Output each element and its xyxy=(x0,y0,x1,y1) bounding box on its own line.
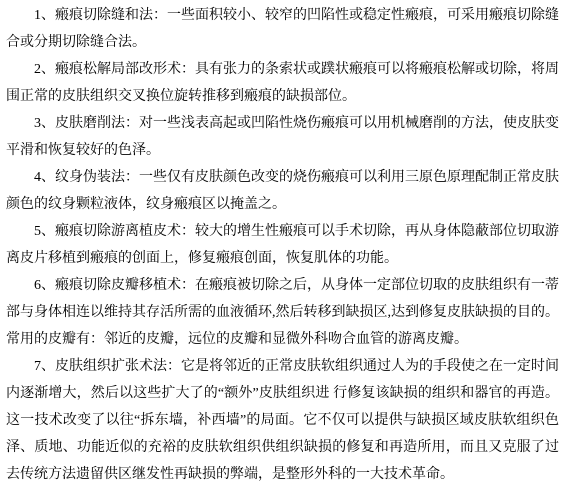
paragraph-6: 6、瘢痕切除皮瓣移植术：在瘢痕被切除之后，从身体一定部位切取的皮肤组织有一蒂部与… xyxy=(6,272,559,353)
document-body: 1、瘢痕切除缝和法：一些面积较小、较窄的凹陷性或稳定性瘢痕，可采用瘢痕切除缝合或… xyxy=(0,0,566,490)
paragraph-5: 5、瘢痕切除游离植皮术：较大的增生性瘢痕可以手术切除，再从身体隐蔽部位切取游离皮… xyxy=(6,218,559,272)
paragraph-1: 1、瘢痕切除缝和法：一些面积较小、较窄的凹陷性或稳定性瘢痕，可采用瘢痕切除缝合或… xyxy=(6,2,559,56)
paragraph-4: 4、纹身伪装法：一些仅有皮肤颜色改变的烧伤瘢痕可以利用三原色原理配制正常皮肤颜色… xyxy=(6,164,559,218)
paragraph-2: 2、瘢痕松解局部改形术：具有张力的条索状或蹼状瘢痕可以将瘢痕松解或切除，将周围正… xyxy=(6,56,559,110)
paragraph-3: 3、皮肤磨削法：对一些浅表高起或凹陷性烧伤瘢痕可以用机械磨削的方法，使皮肤变平滑… xyxy=(6,110,559,164)
paragraph-7: 7、皮肤组织扩张术法：它是将邻近的正常皮肤软组织通过人为的手段使之在一定时间内逐… xyxy=(6,353,559,488)
